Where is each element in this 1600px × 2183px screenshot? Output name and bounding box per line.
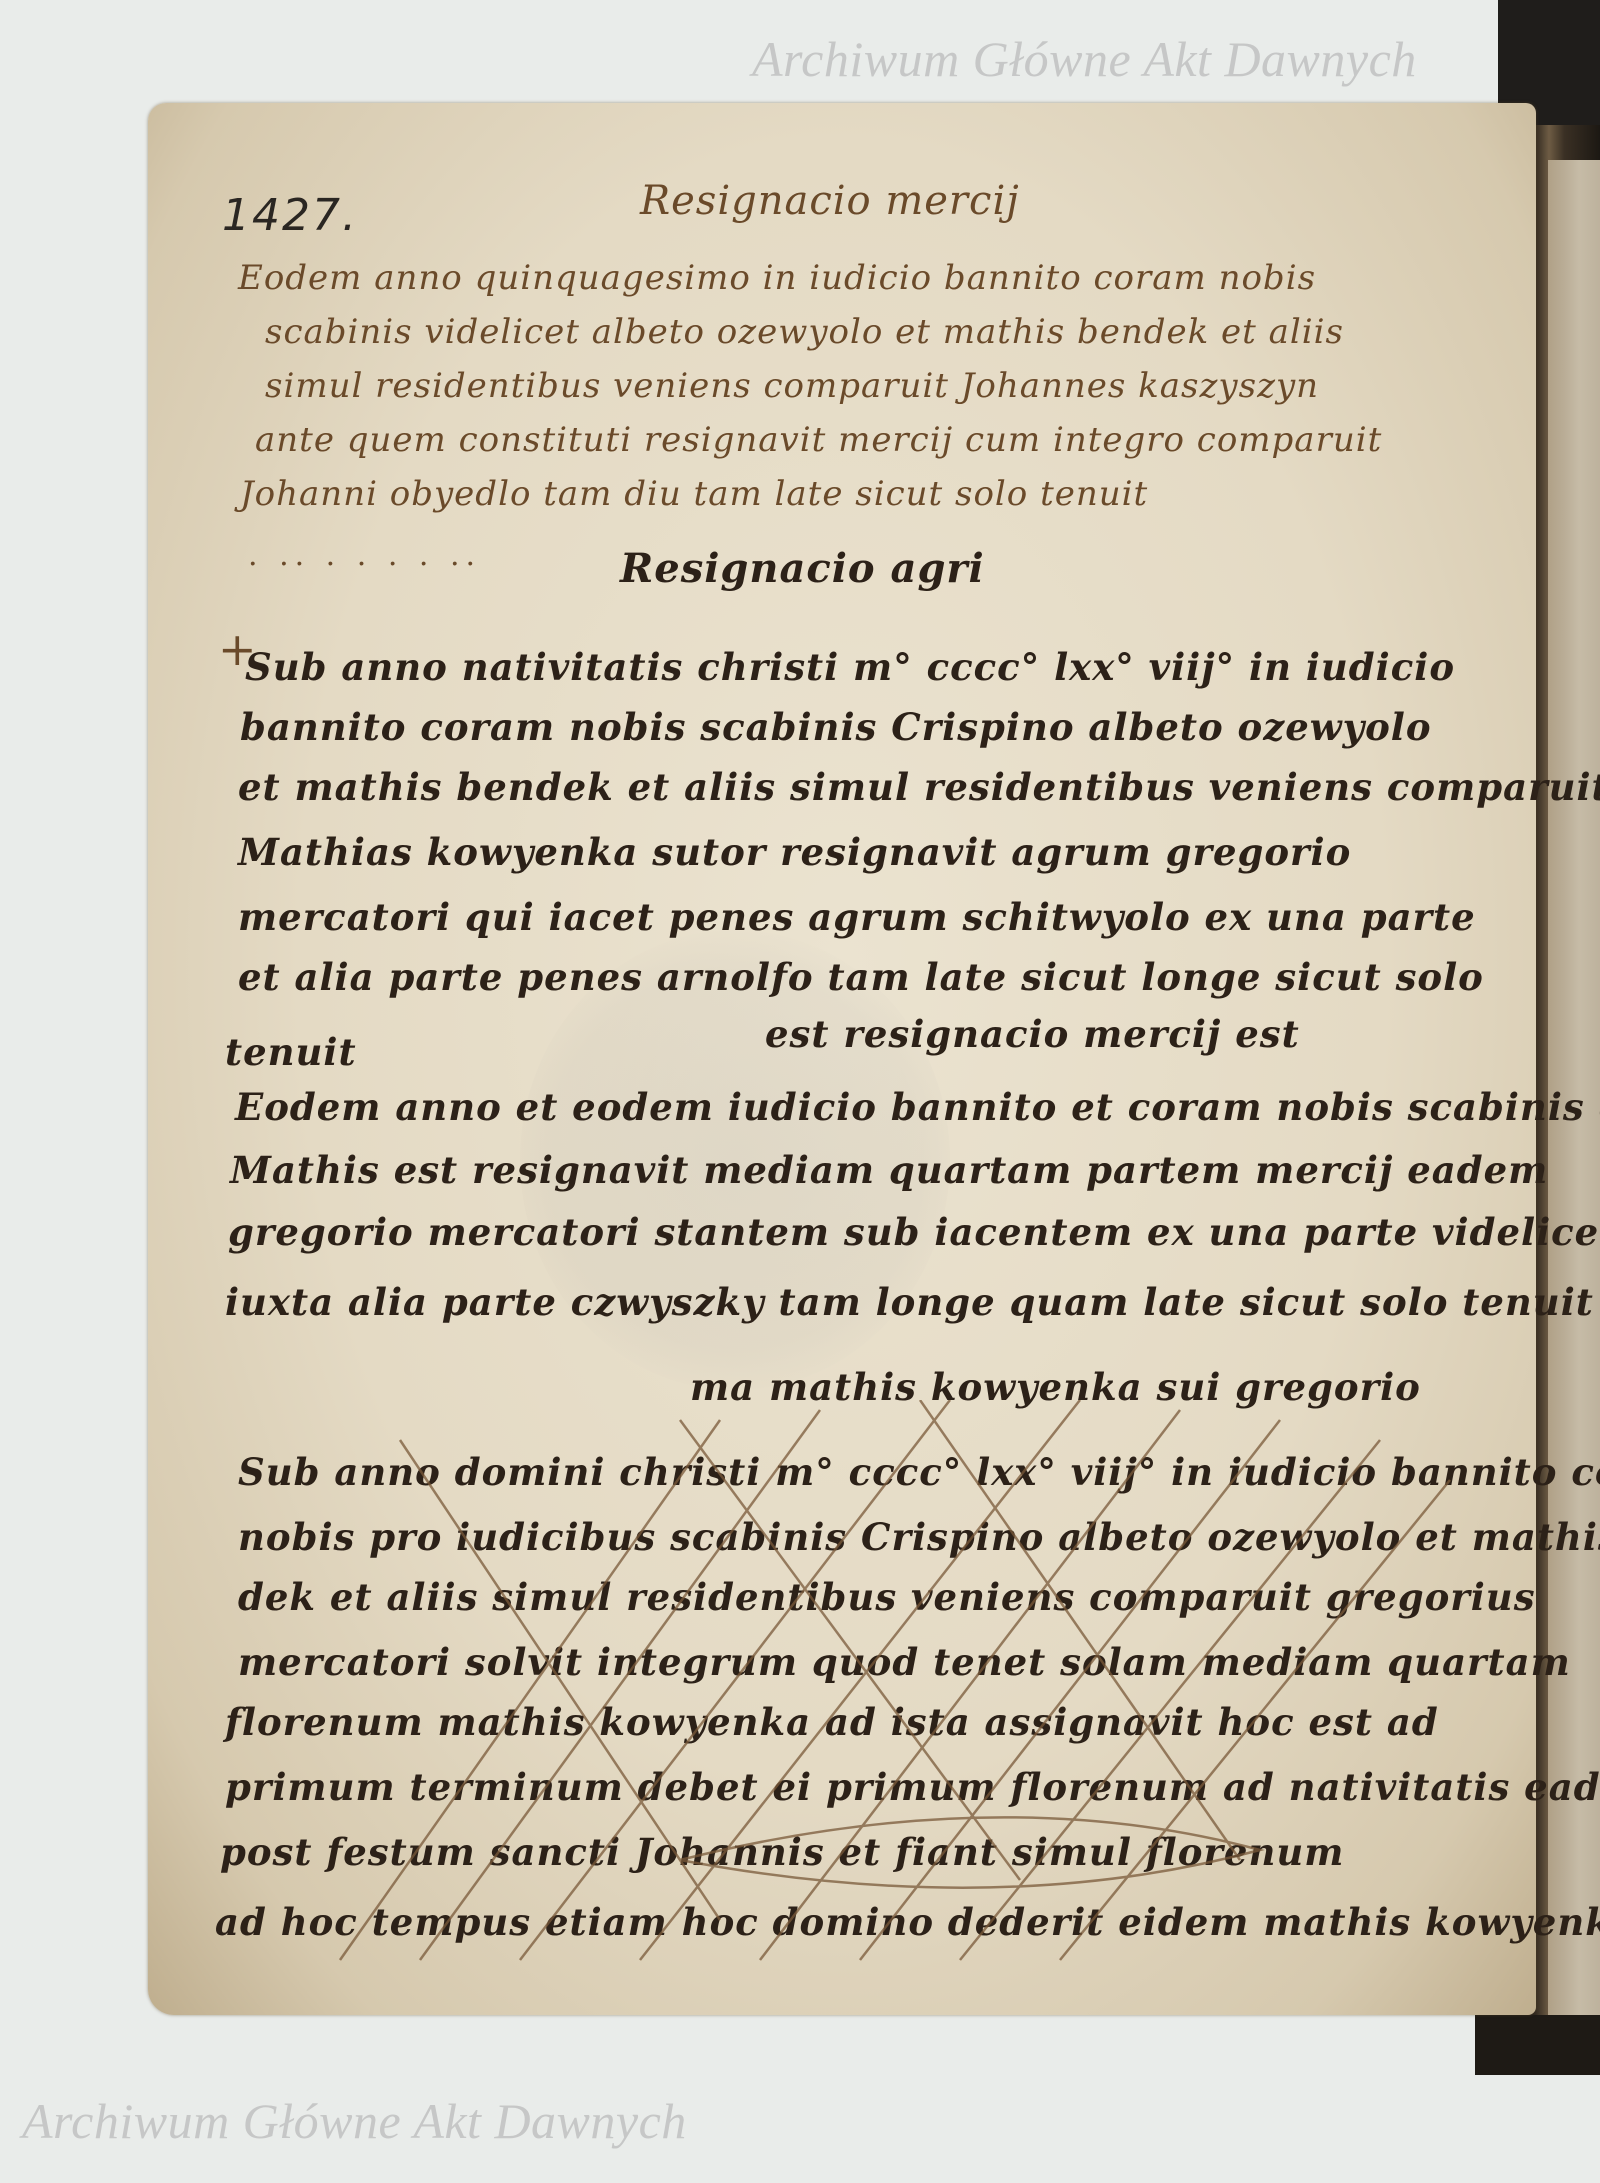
section-2-line: mercatori qui iacet penes agrum schitwyo… <box>238 895 1476 939</box>
folio-number: 1427. <box>222 190 358 241</box>
section-1-line: ante quem constituti resignavit mercij c… <box>255 420 1382 460</box>
section-3-line: post festum sancti Johannis et fiant sim… <box>220 1830 1344 1874</box>
section-1-line: Johanni obyedlo tam diu tam late sicut s… <box>240 474 1148 514</box>
section-2-subheading: est resignacio mercij est <box>765 1012 1300 1056</box>
section-3-line: florenum mathis kowyenka ad ista assigna… <box>225 1700 1439 1744</box>
section-3-line: ad hoc tempus etiam hoc domino dederit e… <box>215 1900 1600 1944</box>
section-1-line: scabinis videlicet albeto ozewyolo et ma… <box>265 312 1344 352</box>
section-2-continuation-line: Eodem anno et eodem iudicio bannito et c… <box>235 1085 1600 1129</box>
watermark-bottom: Archiwum Główne Akt Dawnych <box>22 2092 687 2150</box>
watermark-top: Archiwum Główne Akt Dawnych <box>752 30 1417 88</box>
section-3-line: Sub anno domini christi m° cccc° lxx° vi… <box>238 1450 1600 1494</box>
section-1-heading: Resignacio mercij <box>640 178 1020 224</box>
section-3-line: mercatori solvit integrum quod tenet sol… <box>238 1640 1571 1684</box>
marginal-dots: . .. . . . . .. <box>248 538 481 573</box>
section-2-note: ma mathis kowyenka sui gregorio <box>690 1365 1421 1409</box>
section-2-continuation-line: Mathis est resignavit mediam quartam par… <box>230 1148 1548 1192</box>
section-3-line: dek et aliis simul residentibus veniens … <box>238 1575 1536 1619</box>
section-2-line: et mathis bendek et aliis simul resident… <box>238 765 1600 809</box>
section-2-line: Mathias kowyenka sutor resignavit agrum … <box>238 830 1351 874</box>
section-2-line: Sub anno nativitatis christi m° cccc° lx… <box>245 645 1455 689</box>
section-1-line: simul residentibus veniens comparuit Joh… <box>265 366 1319 406</box>
section-3-line: primum terminum debet ei primum florenum… <box>225 1765 1600 1809</box>
section-2-heading: Resignacio agri <box>620 545 985 592</box>
section-1-line: Eodem anno quinquagesimo in iudicio bann… <box>238 258 1316 298</box>
section-2-line: tenuit <box>225 1030 357 1074</box>
section-2-line: et alia parte penes arnolfo tam late sic… <box>238 955 1484 999</box>
section-3-line: nobis pro iudicibus scabinis Crispino al… <box>238 1515 1600 1559</box>
section-2-continuation-line: iuxta alia parte czwyszky tam longe quam… <box>225 1280 1594 1324</box>
binding-bottom-edge <box>1475 2015 1600 2075</box>
section-2-line: bannito coram nobis scabinis Crispino al… <box>240 705 1432 749</box>
section-2-continuation-line: gregorio mercatori stantem sub iacentem … <box>228 1210 1600 1254</box>
